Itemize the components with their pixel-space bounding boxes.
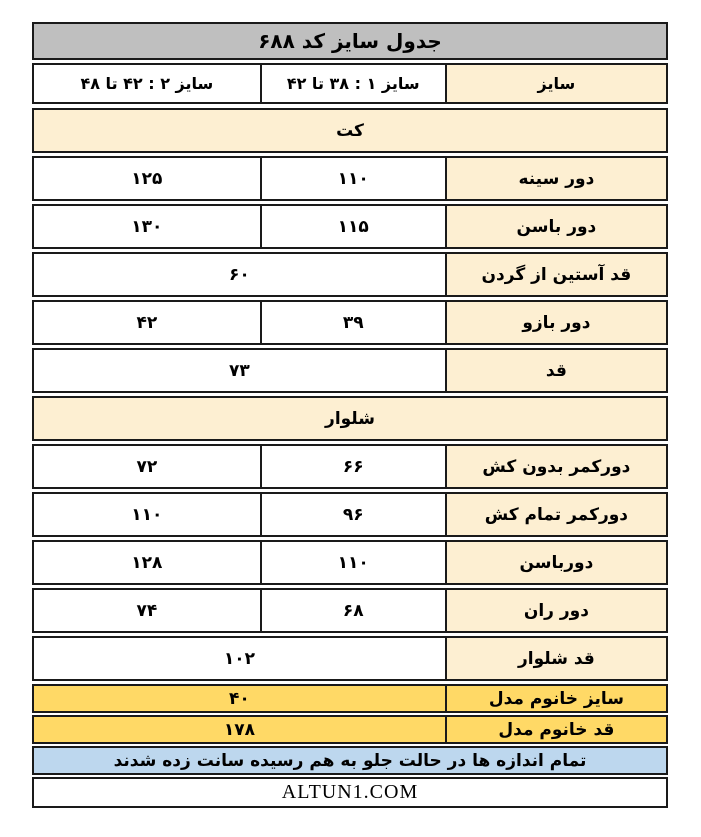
size2-value: ۱۳۰ xyxy=(32,204,262,249)
size2-value: ۷۲ xyxy=(32,444,262,489)
model-height-label: قد خانوم مدل xyxy=(445,715,668,744)
table-title: جدول سایز کد ۶۸۸ xyxy=(32,22,668,60)
model-height-row: قد خانوم مدل ۱۷۸ xyxy=(32,715,668,744)
model-size-row: سایز خانوم مدل ۴۰ xyxy=(32,684,668,713)
size2-value: ۱۲۸ xyxy=(32,540,262,585)
measurement-row-thigh: دور ران ۶۸ ۷۴ xyxy=(32,588,668,633)
measurement-row-sleeve-from-neck: قد آستین از گردن ۶۰ xyxy=(32,252,668,297)
measurement-row-length: قد ۷۳ xyxy=(32,348,668,393)
size1-value: ۱۱۵ xyxy=(260,204,447,249)
size1-value: ۶۸ xyxy=(260,588,447,633)
size2-value: ۴۲ xyxy=(32,300,262,345)
website-row: ALTUN1.COM xyxy=(32,777,668,808)
measurement-label: قد شلوار xyxy=(445,636,668,681)
size1-value: ۱۱۰ xyxy=(260,540,447,585)
merged-value: ۱۰۲ xyxy=(32,636,447,681)
model-height-value: ۱۷۸ xyxy=(32,715,447,744)
measurement-row-arm: دور بازو ۳۹ ۴۲ xyxy=(32,300,668,345)
measurement-label: دورباسن xyxy=(445,540,668,585)
model-size-value: ۴۰ xyxy=(32,684,447,713)
size2-range: سایز ۲ : ۴۲ تا ۴۸ xyxy=(32,63,262,104)
measurement-label: قد آستین از گردن xyxy=(445,252,668,297)
size-header-row: سایز سایز ۱ : ۳۸ تا ۴۲ سایز ۲ : ۴۲ تا ۴۸ xyxy=(32,63,668,104)
section-title-pants: شلوار xyxy=(32,396,668,441)
measurement-note-row: تمام اندازه ها در حالت جلو به هم رسیده س… xyxy=(32,746,668,775)
measurement-label: دور بازو xyxy=(445,300,668,345)
measurement-row-waist-full-elastic: دورکمر تمام کش ۹۶ ۱۱۰ xyxy=(32,492,668,537)
model-size-label: سایز خانوم مدل xyxy=(445,684,668,713)
measurement-row-waist-no-elastic: دورکمر بدون کش ۶۶ ۷۲ xyxy=(32,444,668,489)
section-title-coat: کت xyxy=(32,108,668,153)
measurement-label: دور ران xyxy=(445,588,668,633)
size1-value: ۶۶ xyxy=(260,444,447,489)
merged-value: ۶۰ xyxy=(32,252,447,297)
measurement-row-hip-coat: دور باسن ۱۱۵ ۱۳۰ xyxy=(32,204,668,249)
table-title-row: جدول سایز کد ۶۸۸ xyxy=(32,22,668,60)
measurement-row-pants-length: قد شلوار ۱۰۲ xyxy=(32,636,668,681)
section-row-pants: شلوار xyxy=(32,396,668,441)
website-text: ALTUN1.COM xyxy=(32,777,668,808)
size2-value: ۱۱۰ xyxy=(32,492,262,537)
measurement-label: دور سینه xyxy=(445,156,668,201)
size1-range: سایز ۱ : ۳۸ تا ۴۲ xyxy=(260,63,447,104)
merged-value: ۷۳ xyxy=(32,348,447,393)
size1-value: ۹۶ xyxy=(260,492,447,537)
measurement-row-chest: دور سینه ۱۱۰ ۱۲۵ xyxy=(32,156,668,201)
section-row-coat: کت xyxy=(32,108,668,153)
measurement-note: تمام اندازه ها در حالت جلو به هم رسیده س… xyxy=(32,746,668,775)
measurement-row-hip-pants: دورباسن ۱۱۰ ۱۲۸ xyxy=(32,540,668,585)
size-column-label: سایز xyxy=(445,63,668,104)
size-chart-table: جدول سایز کد ۶۸۸ سایز سایز ۱ : ۳۸ تا ۴۲ … xyxy=(32,22,668,808)
size1-value: ۱۱۰ xyxy=(260,156,447,201)
size1-value: ۳۹ xyxy=(260,300,447,345)
measurement-label: دورکمر بدون کش xyxy=(445,444,668,489)
measurement-label: دور باسن xyxy=(445,204,668,249)
measurement-label: دورکمر تمام کش xyxy=(445,492,668,537)
size2-value: ۱۲۵ xyxy=(32,156,262,201)
size2-value: ۷۴ xyxy=(32,588,262,633)
measurement-label: قد xyxy=(445,348,668,393)
